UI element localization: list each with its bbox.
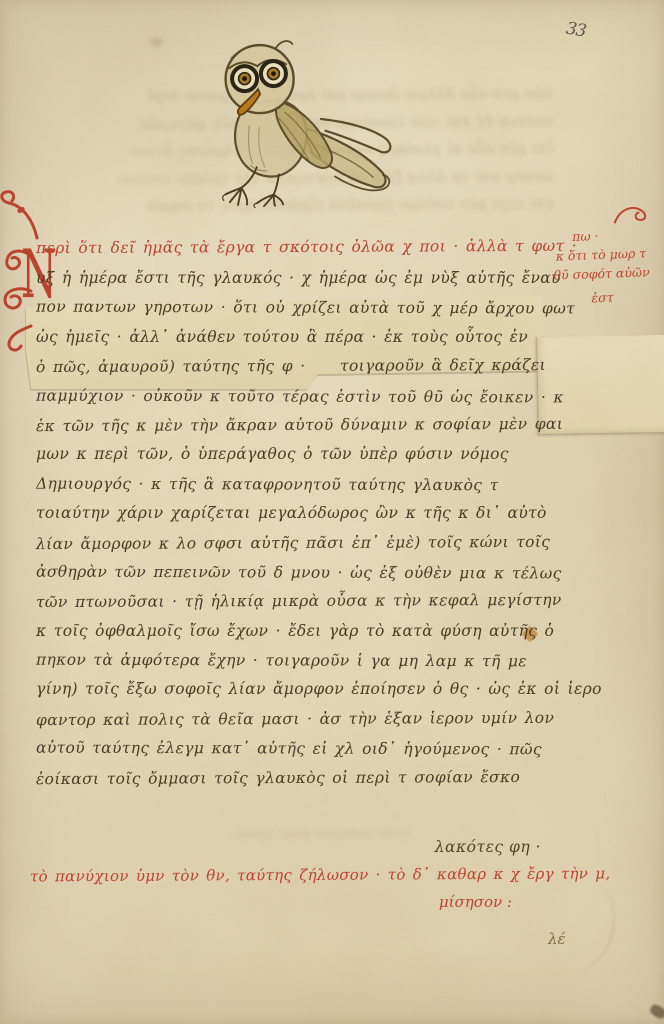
owl-illustration (180, 24, 404, 211)
text-line: μων κ περὶ τῶν, ὁ ὑπεράγαθος ὁ τῶν ὑπὲρ … (36, 445, 546, 474)
text-line: ἀσθηρὰν τῶν πεπεινῶν τοῦ δ μνου · ὡς ἐξ … (36, 563, 546, 594)
rubric-heading: περὶ ὅτι δεῖ ἡμᾶς τὰ ἔργα τ σκότοις ὁλῶα… (36, 237, 546, 270)
stain (147, 35, 166, 49)
text-line-indent: τοιγαροῦν ἃ δεῖχ κράζει (340, 356, 546, 386)
edge-mark (648, 1003, 664, 1021)
text-line: τοιαύτην χάριν χαρίζεται μεγαλόδωρος ὢν … (36, 504, 546, 533)
text-line: γίνη) τοῖς ἔξω σοφοῖς λίαν ἄμορφον ἐποίη… (36, 680, 546, 709)
text-line: αὐτοῦ ταύτης ἐλεγμ κατ᾽ αὐτῆς εἰ χλ οιδ᾽… (36, 739, 546, 770)
quire-signature: λέ (548, 930, 566, 948)
text-line: ἐκ τῶν τῆς κ μὲν τὴν ἄκραν αὐτοῦ δύναμιν… (36, 415, 546, 447)
text-line: ἐοίκασι τοῖς ὄμμασι τοῖς γλαυκὸς οἱ περὶ… (36, 768, 546, 800)
text-block: περὶ ὅτι δεῖ ἡμᾶς τὰ ἔργα τ σκότοις ὁλῶα… (36, 238, 546, 798)
text-line: Δημιουργός · κ τῆς ἃ καταφρονητοῦ ταύτης… (36, 474, 546, 505)
colophon-line: μίσησον : (30, 893, 564, 911)
text-line: πον παντων γηροτων · ὅτι οὐ χρίζει αὐτὰ … (36, 298, 546, 329)
manuscript-page: τῶν μὲν οὖν ἄλλων ὥσπερ καὶ πρότερον εἴρ… (0, 0, 664, 1024)
text-line: κ τοῖς ὀφθαλμοῖς ἴσω ἔχων · ἔδει γὰρ τὸ … (36, 622, 546, 651)
colophon: τὸ πανύχιον ὑμν τὸν θν, ταύτης ζήλωσον ·… (30, 866, 564, 911)
flourish-icon (610, 202, 653, 225)
marginal-line: ἐστ (543, 287, 662, 310)
marginal-note: πω · κ ὅτι τὸ μωρ τ θῦ σοφότ αὐῶν ἐστ (540, 202, 662, 310)
text-line-left: ὁ πῶς, ἀμαυροῦ) ταύτης τῆς φ · (36, 357, 306, 388)
colophon-line: τὸ πανύχιον ὑμν τὸν θν, ταύτης ζήλωσον ·… (30, 865, 564, 886)
text-line: φαντορ καὶ πολις τὰ θεῖα μασι · ἀσ τὴν ἑ… (36, 709, 546, 741)
text-line: ὡς ἡμεῖς · ἀλλ᾽ ἀνάθεν τούτου ἃ πέρα · ἐ… (36, 328, 546, 357)
text-line: παμμύχιον · οὐκοῦν κ τοῦτο τέρας ἐστὶν τ… (36, 386, 546, 417)
text-line: υξ ἡ ἡμέρα ἔστι τῆς γλαυκός · χ ἡμέρα ὡς… (36, 269, 546, 298)
closing-words: λακότες φη · (36, 838, 541, 856)
folio-number: 33 (565, 19, 588, 42)
text-line: τῶν πτωνοῦσαι · τῇ ἡλικίᾳ μικρὰ οὖσα κ τ… (36, 591, 546, 623)
text-line: ὁ πῶς, ἀμαυροῦ) ταύτης τῆς φ · τοιγαροῦν… (36, 356, 546, 388)
text-line: πηκον τὰ ἀμφότερα ἔχην · τοιγαροῦν ἱ γα … (36, 651, 546, 682)
text-line: λίαν ἄμορφον κ λο σφσι αὐτῆς πᾶσι ἐπ᾽ ἐμ… (36, 532, 546, 564)
marginal-line: θῦ σοφότ αὐῶν (542, 262, 661, 285)
